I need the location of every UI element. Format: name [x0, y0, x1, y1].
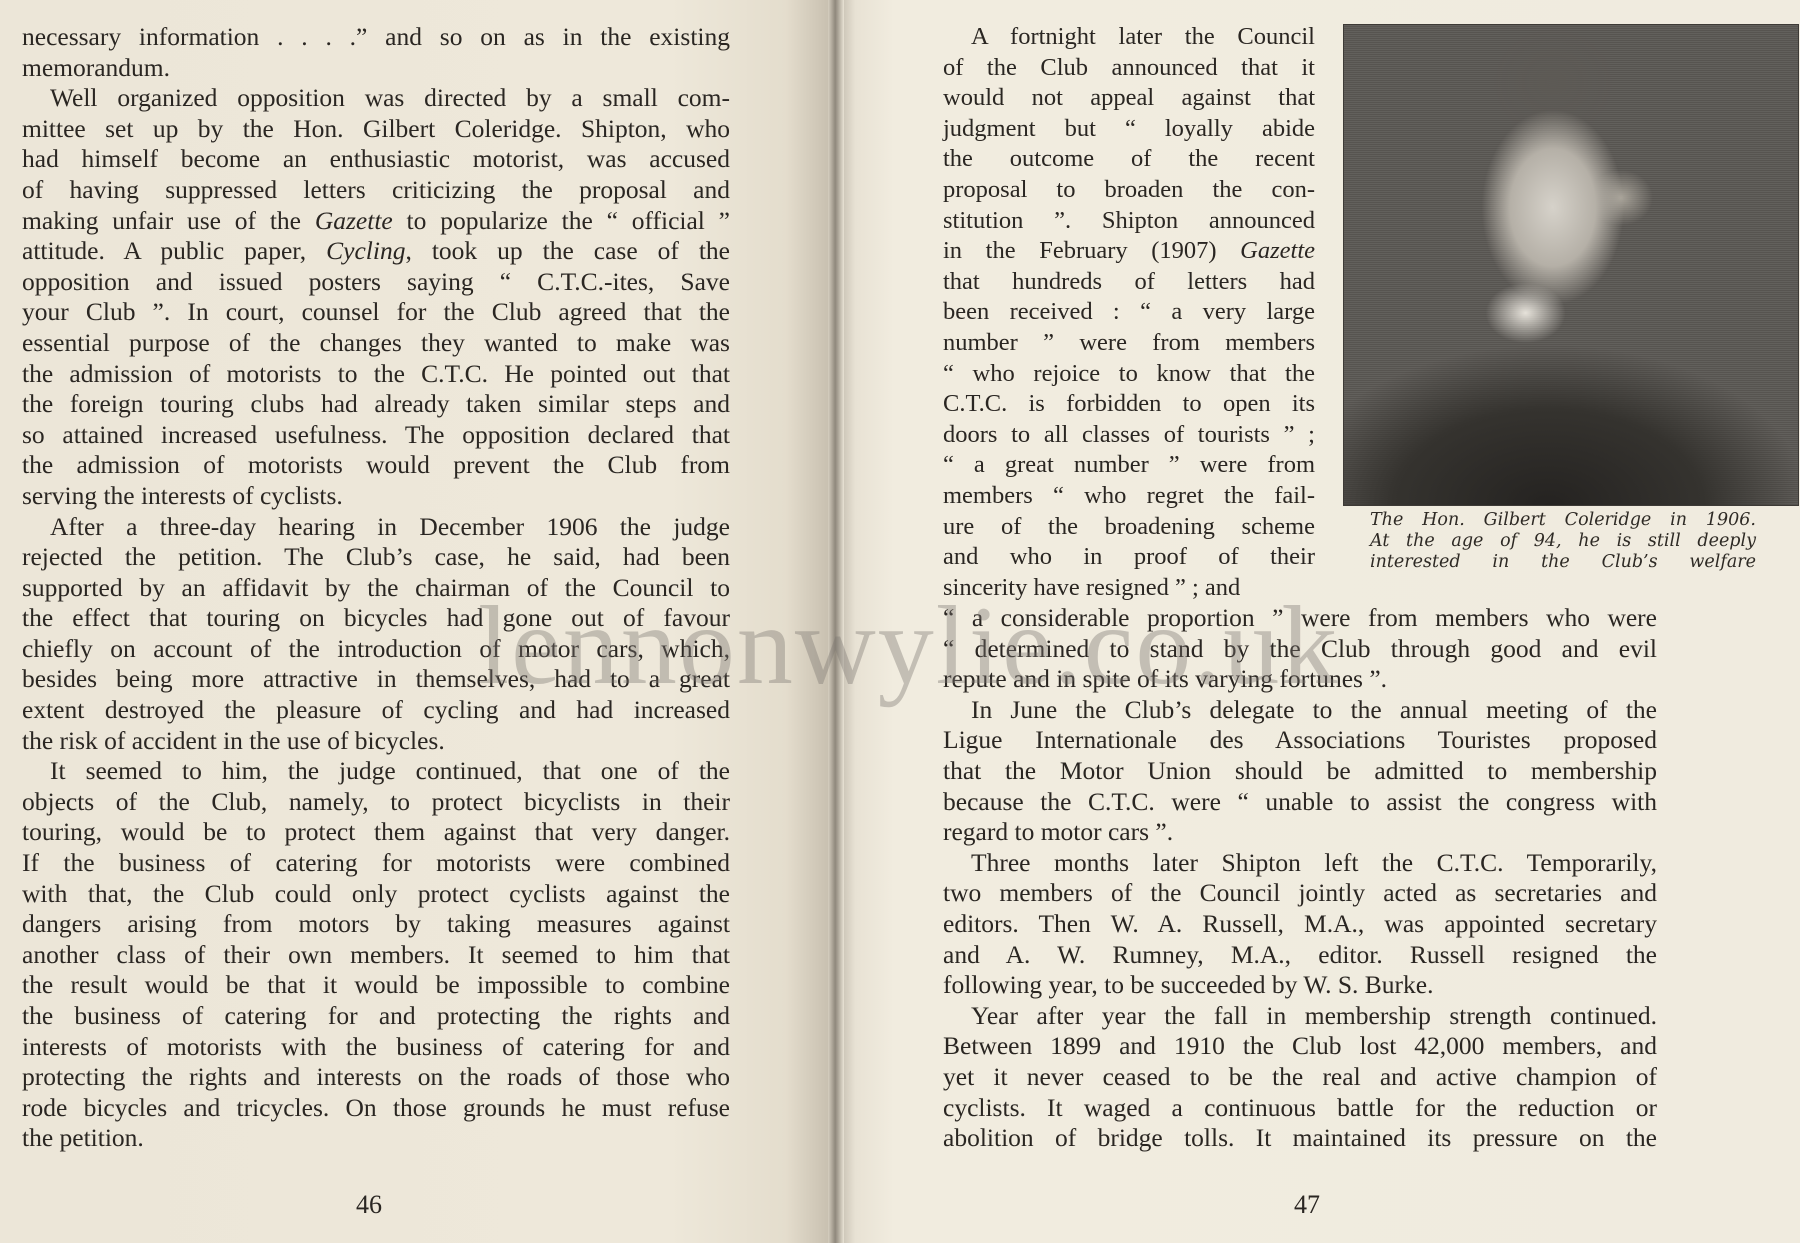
text-line: the outcome of the recent: [943, 144, 1315, 175]
text-line: following year, to be succeeded by W. S.…: [943, 970, 1657, 1001]
text-line: C.T.C. is forbidden to open its: [943, 389, 1315, 420]
text-line: yet it never ceased to be the real and a…: [943, 1062, 1657, 1093]
text-line: dangers arising from motors by taking me…: [22, 909, 730, 940]
text-line: rejected the petition. The Club’s case, …: [22, 542, 730, 573]
text-line: been received : “ a very large: [943, 297, 1315, 328]
text-line: After a three-day hearing in December 19…: [22, 512, 730, 543]
text-line: with that, the Club could only protect c…: [22, 879, 730, 910]
caption-line: The Hon. Gilbert Coleridge in 1906.: [1370, 510, 1756, 531]
text-line: In June the Club’s delegate to the annua…: [943, 695, 1657, 726]
text-line: and A. W. Rumney, M.A., editor. Russell …: [943, 940, 1657, 971]
text-line: the risk of accident in the use of bicyc…: [22, 726, 730, 757]
caption-line: At the age of 94, he is still deeply: [1370, 531, 1756, 552]
text-line: ure of the broadening scheme: [943, 512, 1315, 543]
text-line: mittee set up by the Hon. Gilbert Coleri…: [22, 114, 730, 145]
text-line: “ a considerable proportion ” were from …: [943, 603, 1657, 634]
text-line: abolition of bridge tolls. It maintained…: [943, 1123, 1657, 1154]
text-line: that hundreds of letters had: [943, 267, 1315, 298]
text-line: your Club ”. In court, counsel for the C…: [22, 297, 730, 328]
text-line: of the Club announced that it: [943, 53, 1315, 84]
text-line: another class of their own members. It s…: [22, 940, 730, 971]
text-line: two members of the Council jointly acted…: [943, 878, 1657, 909]
text-line: rode bicycles and tricycles. On those gr…: [22, 1093, 730, 1124]
text-line: proposal to broaden the con-: [943, 175, 1315, 206]
text-line: sincerity have resigned ” ; and: [943, 573, 1315, 604]
text-line: doors to all classes of tourists ” ;: [943, 420, 1315, 451]
text-line: making unfair use of the Gazette to popu…: [22, 206, 730, 237]
text-line: interests of motorists with the business…: [22, 1032, 730, 1063]
text-line: had himself become an enthusiastic motor…: [22, 144, 730, 175]
text-line: necessary information . . . .” and so on…: [22, 22, 730, 53]
text-line: cyclists. It waged a continuous battle f…: [943, 1093, 1657, 1124]
text-line: essential purpose of the changes they wa…: [22, 328, 730, 359]
text-line: If the business of catering for motorist…: [22, 848, 730, 879]
text-line: memorandum.: [22, 53, 730, 84]
text-line: regard to motor cars ”.: [943, 817, 1657, 848]
text-line: serving the interests of cyclists.: [22, 481, 730, 512]
text-line: Three months later Shipton left the C.T.…: [943, 848, 1657, 879]
text-line: editors. Then W. A. Russell, M.A., was a…: [943, 909, 1657, 940]
text-line: opposition and issued posters saying “ C…: [22, 267, 730, 298]
portrait-photo: [1343, 24, 1799, 506]
text-line: the effect that touring on bicycles had …: [22, 603, 730, 634]
text-line: It seemed to him, the judge continued, t…: [22, 756, 730, 787]
text-line: “ a great number ” were from: [943, 450, 1315, 481]
text-line: touring, would be to protect them agains…: [22, 817, 730, 848]
text-line: Well organized opposition was directed b…: [22, 83, 730, 114]
text-line: the admission of motorists to the C.T.C.…: [22, 359, 730, 390]
text-line: Ligue Internationale des Associations To…: [943, 725, 1657, 756]
text-line: would not appeal against that: [943, 83, 1315, 114]
text-line: protecting the rights and interests on t…: [22, 1062, 730, 1093]
text-line: attitude. A public paper, Cycling, took …: [22, 236, 730, 267]
text-line: judgment but “ loyally abide: [943, 114, 1315, 145]
text-line: supported by an affidavit by the chairma…: [22, 573, 730, 604]
text-line: the foreign touring clubs had already ta…: [22, 389, 730, 420]
text-line: in the February (1907) Gazette: [943, 236, 1315, 267]
photo-caption: The Hon. Gilbert Coleridge in 1906. At t…: [1370, 510, 1756, 573]
text-line: chiefly on account of the introduction o…: [22, 634, 730, 665]
text-line: that the Motor Union should be admitted …: [943, 756, 1657, 787]
text-line: extent destroyed the pleasure of cycling…: [22, 695, 730, 726]
text-line: the business of catering for and protect…: [22, 1001, 730, 1032]
text-line: A fortnight later the Council: [943, 22, 1315, 53]
caption-line: interested in the Club’s welfare: [1370, 552, 1756, 573]
page-number-right: 47: [1294, 1190, 1320, 1220]
text-line: and who in proof of their: [943, 542, 1315, 573]
right-page-text-full-width: “ a considerable proportion ” were from …: [943, 603, 1657, 1154]
text-line: stitution ”. Shipton announced: [943, 206, 1315, 237]
text-line: repute and in spite of its varying fortu…: [943, 664, 1657, 695]
text-line: Year after year the fall in membership s…: [943, 1001, 1657, 1032]
text-line: of having suppressed letters criticizing…: [22, 175, 730, 206]
right-page-text-beside-photo: A fortnight later the Councilof the Club…: [943, 22, 1315, 603]
text-line: the result would be that it would be imp…: [22, 970, 730, 1001]
text-line: “ who rejoice to know that the: [943, 359, 1315, 390]
text-line: the admission of motorists would prevent…: [22, 450, 730, 481]
text-line: members “ who regret the fail-: [943, 481, 1315, 512]
text-line: number ” were from members: [943, 328, 1315, 359]
text-line: the petition.: [22, 1123, 730, 1154]
text-line: objects of the Club, namely, to protect …: [22, 787, 730, 818]
page-number-left: 46: [356, 1190, 382, 1220]
text-line: so attained increased usefulness. The op…: [22, 420, 730, 451]
left-page-text: necessary information . . . .” and so on…: [22, 22, 730, 1154]
text-line: Between 1899 and 1910 the Club lost 42,0…: [943, 1031, 1657, 1062]
text-line: “ determined to stand by the Club throug…: [943, 634, 1657, 665]
text-line: because the C.T.C. were “ unable to assi…: [943, 787, 1657, 818]
book-gutter: [828, 0, 844, 1243]
text-line: besides being more attractive in themsel…: [22, 664, 730, 695]
